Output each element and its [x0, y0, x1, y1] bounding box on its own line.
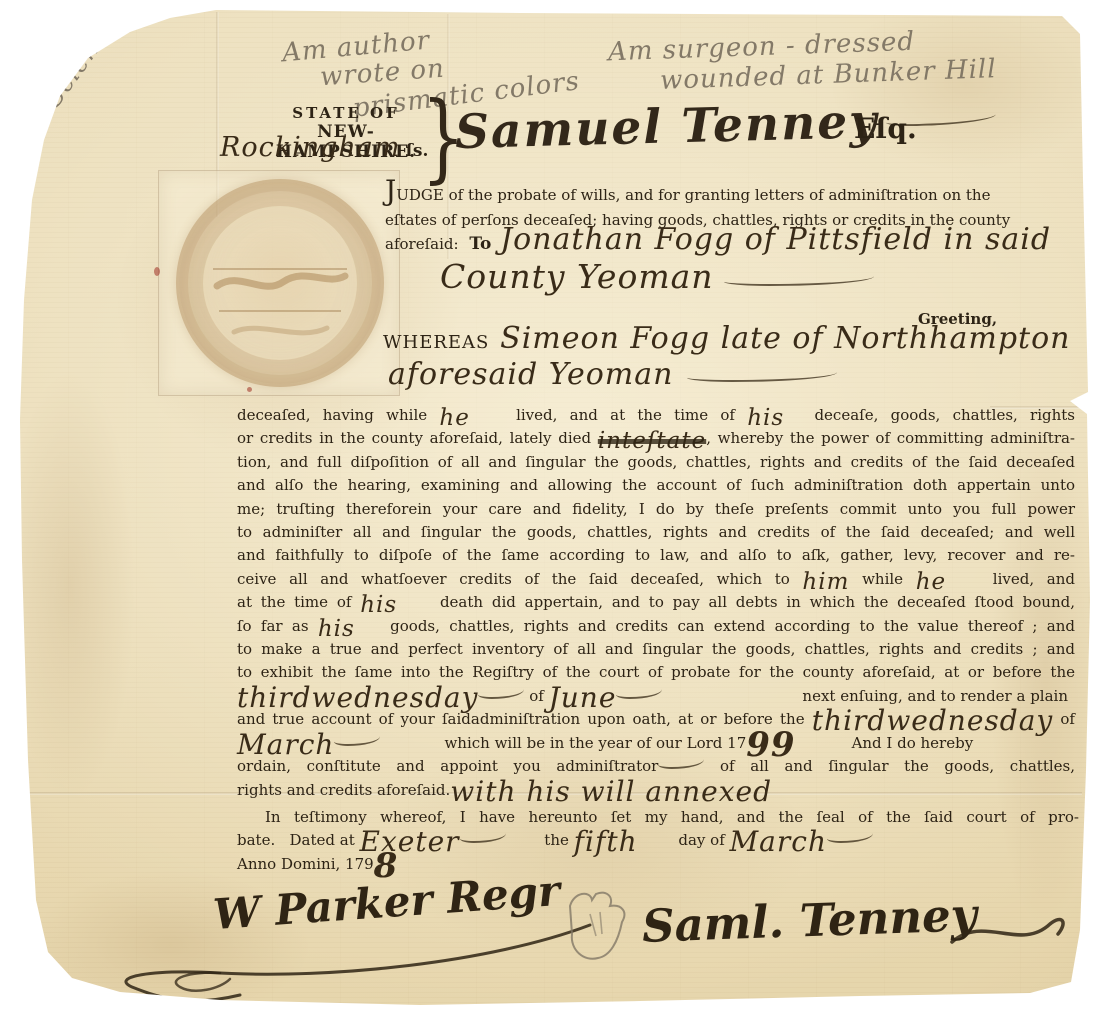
text-segment: Anno Domini, 179	[237, 855, 374, 873]
document-line: rights and credits aforeſaid.with his wi…	[237, 779, 1075, 802]
judge-signature-flourish	[948, 906, 1073, 966]
county-script: Rockingham	[220, 132, 400, 163]
document-line: ſo far as his goods, chattles, rights an…	[237, 615, 1075, 638]
document-line: tion, and full diſpoſition of all and ſi…	[237, 451, 1075, 474]
text-segment: And I do hereby	[852, 734, 974, 752]
text-segment: which will be in the year of our Lord 17	[444, 734, 746, 752]
spacer	[506, 844, 540, 845]
register-signature-flourish	[70, 915, 600, 1000]
document-line: Marchwhich will be in the year of our Lo…	[237, 732, 1075, 755]
text-segment: deceaſed, having while	[237, 406, 439, 424]
document-line: bate. Dated at Exeter the fifth day of M…	[237, 829, 1079, 852]
seal-patch	[158, 170, 400, 396]
judge-name-text: Samuel Tenney	[454, 94, 879, 160]
text-segment: and alſo the hearing, examining and allo…	[237, 476, 1075, 494]
text-segment: to adminiſter all and ſingular the goods…	[237, 523, 1075, 541]
spacer	[662, 700, 802, 701]
judge-paragraph-line3: aforeſaid: To Jonathan Fogg of Pittsfiel…	[385, 234, 1051, 254]
text-segment: goods, chattles, rights and credits can …	[381, 617, 1075, 635]
document-line: to make a true and perfect inventory of …	[237, 638, 1075, 661]
document-line: or credits in the county aforeſaid, late…	[237, 427, 1075, 450]
text-segment: rights and credits aforeſaid.	[237, 781, 450, 799]
text-segment: of	[524, 687, 548, 705]
text-segment: ordain, conſtitute and appoint you admin…	[237, 757, 658, 775]
spacer	[638, 844, 674, 845]
flourish	[460, 829, 506, 843]
text-segment: and faithfully to diſpoſe of the ſame ac…	[237, 546, 1075, 564]
aforesaid-yeoman-script: aforesaid Yeoman	[388, 357, 673, 392]
embossed-court-seal	[176, 179, 384, 387]
text-segment: to exhibit the ſame into the Regiſtry of…	[237, 663, 1075, 681]
judge-signature: Saml. Tenney	[641, 888, 978, 953]
flourish	[827, 829, 873, 843]
text-segment: next enſuing, and to render a plain	[802, 687, 1068, 705]
text-segment: tion, and full diſpoſition of all and ſi…	[237, 453, 1075, 471]
whereas-line: WHEREAS Simeon Fogg late of Northhampton	[383, 332, 1070, 353]
document-line: and alſo the hearing, examining and allo…	[237, 474, 1075, 497]
document-line: and faithfully to diſpoſe of the ſame ac…	[237, 544, 1075, 567]
spacer	[397, 606, 431, 607]
county-yeoman-script: County Yeoman	[440, 257, 714, 296]
text-segment: deceaſe, goods, chattles, rights	[802, 406, 1075, 424]
text-segment: at the time of	[237, 593, 360, 611]
document-paper: Science Am author wrote on prismatic col…	[0, 0, 1100, 1028]
seal-wave-device	[179, 182, 379, 382]
text-segment: lived, and at the time of	[504, 406, 747, 424]
whereas-label: WHEREAS	[383, 332, 489, 353]
spacer	[796, 747, 852, 748]
flourish	[658, 755, 704, 769]
testimony-text: In teſtimony whereof, I have hereunto ſe…	[237, 806, 1079, 876]
text-segment: or credits in the county aforeſaid, late…	[237, 429, 598, 447]
grantee-script: Jonathan Fogg of Pittsfield in said	[500, 222, 1051, 257]
judge-paragraph-line1: JUDGE of the probate of wills, and for g…	[385, 186, 990, 204]
document-line: to adminiſter all and ſingular the goods…	[237, 521, 1075, 544]
pencil-doodle	[556, 884, 648, 976]
document-line: Anno Domini, 1798	[237, 853, 1079, 876]
text-segment: me; truſting thereforein your care and f…	[237, 500, 1075, 518]
text-segment: lived, and	[980, 570, 1075, 588]
text-segment: bate. Dated at	[237, 831, 360, 849]
spacer	[470, 419, 504, 420]
aforesaid-yeoman-line: aforesaid Yeoman	[388, 370, 837, 388]
flourish	[687, 368, 837, 382]
text-segment: of all and ſingular the goods, chattles,	[704, 757, 1075, 775]
flourish	[334, 732, 380, 746]
text-segment: and true account of your ſaidadminiſtrat…	[237, 710, 812, 728]
document-line: at the time of his death did appertain, …	[237, 591, 1075, 614]
text-segment: ſo far as	[237, 617, 318, 635]
scan-background: Science Am author wrote on prismatic col…	[0, 0, 1100, 1028]
to-label: To	[469, 234, 491, 254]
paper-stain	[5, 370, 135, 800]
esquire-label: Eſq.	[854, 112, 917, 145]
text-segment: while	[849, 570, 915, 588]
text-segment: day of	[674, 831, 730, 849]
spacer	[237, 821, 265, 822]
text-segment: to make a true and perfect inventory of …	[237, 640, 1075, 658]
wax-speck	[247, 387, 252, 392]
text-segment: of	[1053, 710, 1075, 728]
pencil-note-science: Science	[38, 9, 124, 112]
document-line: ceive all and whatſoever credits of the …	[237, 568, 1075, 591]
document-line: deceaſed, having while he lived, and at …	[237, 404, 1075, 427]
spacer	[946, 583, 980, 584]
spacer	[355, 630, 381, 631]
text-segment: the	[540, 831, 574, 849]
spacer	[380, 747, 444, 748]
document-line: and true account of your ſaidadminiſtrat…	[237, 708, 1075, 731]
wax-speck	[154, 267, 160, 276]
text-segment: , whereby the power of committing admini…	[706, 429, 1075, 447]
text-segment: ceive all and whatſoever credits of the …	[237, 570, 802, 588]
decedent-script: Simeon Fogg late of Northhampton	[500, 321, 1070, 356]
state-heading-line1: STATE OF	[250, 104, 442, 122]
judge-paragraph-line4: County Yeoman	[440, 272, 874, 292]
spacer	[784, 419, 802, 420]
document-line: me; truſting thereforein your care and f…	[237, 498, 1075, 521]
text-segment: In teſtimony whereof, I have hereunto ſe…	[265, 808, 1079, 826]
handwritten-word: with his will annexed	[450, 775, 772, 808]
flourish	[724, 272, 874, 286]
flourish	[478, 685, 524, 699]
flourish	[616, 685, 662, 699]
body-text: deceaſed, having while he lived, and at …	[237, 404, 1075, 802]
county-line: Rockingham ſs.	[220, 141, 428, 161]
text-segment: death did appertain, and to pay all debt…	[431, 593, 1075, 611]
aforesaid-print: aforeſaid:	[385, 235, 459, 253]
